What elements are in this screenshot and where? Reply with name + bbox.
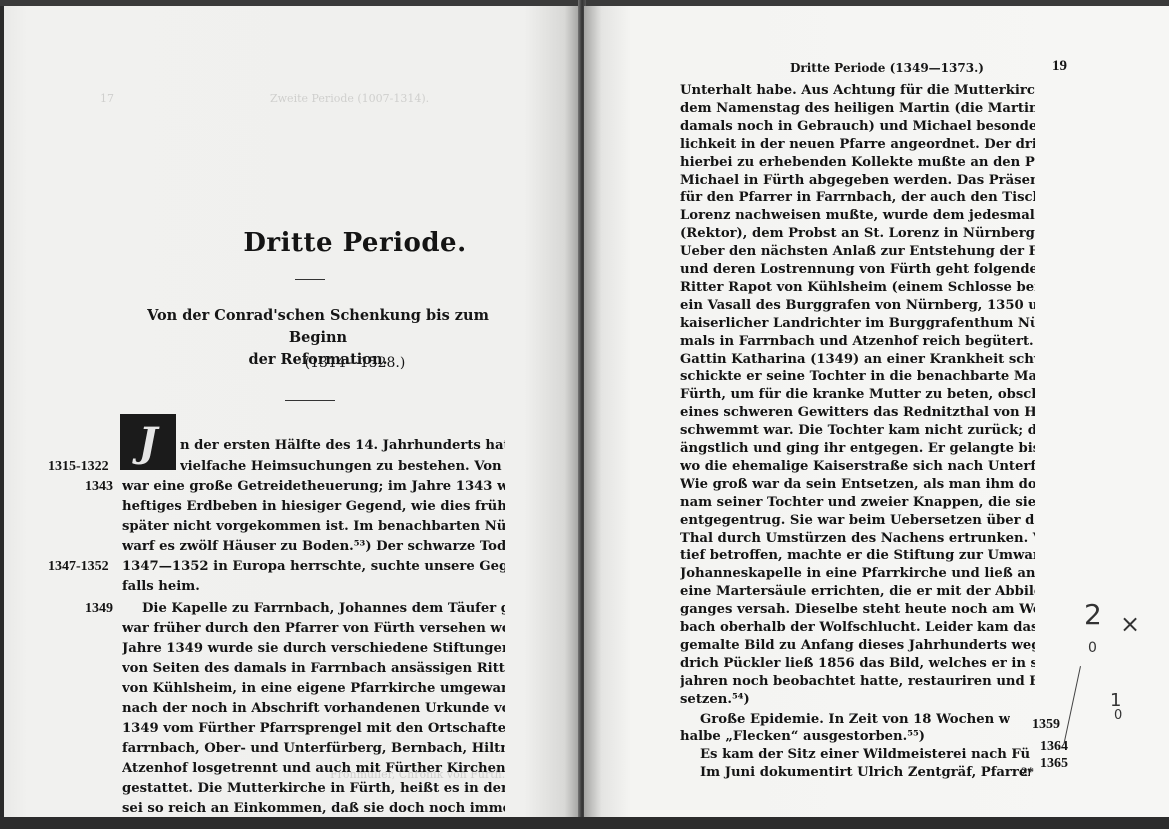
bleed-through-header: Zweite Periode (1007-1314). bbox=[270, 92, 429, 105]
year-range: (1314—1528.) bbox=[195, 355, 515, 371]
text-line: schickte er seine Tochter in die benachb… bbox=[680, 368, 1035, 386]
text-line: war früher durch den Pfarrer von Fürth v… bbox=[122, 619, 505, 639]
text-line: jahren noch beobachtet hatte, restaurire… bbox=[680, 673, 1035, 691]
scan-bottom-edge bbox=[0, 817, 1169, 829]
margin-note: 1347-1352 bbox=[48, 559, 109, 575]
text-line: hierbei zu erhebenden Kollekte mußte an … bbox=[680, 154, 1035, 172]
subtitle-line-1: Von der Conrad'schen Schenkung bis zum B… bbox=[118, 305, 518, 349]
text-line: ängstlich und ging ihr entgegen. Er gela… bbox=[680, 440, 1035, 458]
text-line: entgegentrug. Sie war beim Uebersetzen ü… bbox=[680, 512, 1035, 530]
text-line: tief betroffen, machte er die Stiftung z… bbox=[680, 547, 1035, 565]
open-book-scan: 17 Zweite Periode (1007-1314). Fronmülle… bbox=[0, 0, 1169, 829]
handwritten-mark: 0 bbox=[1088, 640, 1097, 656]
margin-note: 1343 bbox=[85, 479, 113, 495]
text-line: Große Epidemie. In Zeit von 18 Wochen wa… bbox=[700, 711, 1010, 729]
text-line: nach der noch in Abschrift vorhandenen U… bbox=[122, 699, 505, 719]
text-line: Es kam der Sitz einer Wildmeisterei nach… bbox=[700, 746, 1030, 764]
text-line: und deren Lostrennung von Fürth geht fol… bbox=[680, 261, 1035, 279]
text-line: Atzenhof losgetrennt und auch mit Fürthe… bbox=[122, 759, 505, 779]
text-line: Gattin Katharina (1349) an einer Krankhe… bbox=[680, 351, 1035, 369]
text-line: sei so reich an Einkommen, daß sie doch … bbox=[122, 799, 505, 819]
text-line: von Seiten des damals in Farrnbach ansäs… bbox=[122, 659, 505, 679]
text-line: Wie groß war da sein Entsetzen, als man … bbox=[680, 476, 1035, 494]
section-rule bbox=[285, 400, 335, 401]
text-line: Jahre 1349 wurde sie durch verschiedene … bbox=[122, 639, 505, 659]
handwritten-mark: 0 bbox=[1114, 708, 1122, 723]
margin-note: 1315-1322 bbox=[48, 459, 109, 475]
text-line: bach oberhalb der Wolfschlucht. Leider k… bbox=[680, 619, 1035, 637]
text-line: drich Pückler ließ 1856 das Bild, welche… bbox=[680, 655, 1035, 673]
text-line: heftiges Erdbeben in hiesiger Gegend, wi… bbox=[122, 497, 505, 517]
text-line: setzen.⁵⁴) bbox=[680, 691, 1035, 709]
text-line: Im Juni dokumentirt Ulrich Zentgräf, Pfa… bbox=[700, 764, 1030, 782]
chapter-title: Dritte Periode. bbox=[195, 228, 515, 258]
text-line: 1347—1352 in Europa herrschte, suchte un… bbox=[122, 557, 505, 577]
bleed-through-page-number: 17 bbox=[100, 92, 114, 105]
page-number: 19 bbox=[1052, 58, 1067, 75]
text-line: wo die ehemalige Kaiserstraße sich nach … bbox=[680, 458, 1035, 476]
margin-note: 1359 bbox=[1032, 717, 1060, 733]
margin-note: 1365 bbox=[1040, 756, 1068, 772]
text-line: ganges versah. Dieselbe steht heute noch… bbox=[680, 601, 1035, 619]
text-line: gestattet. Die Mutterkirche in Fürth, he… bbox=[122, 779, 505, 799]
margin-note: 1349 bbox=[85, 601, 113, 617]
text-line: vielfache Heimsuchungen zu bestehen. Von… bbox=[180, 457, 505, 477]
text-line: Ueber den nächsten Anlaß zur Entstehung … bbox=[680, 243, 1035, 261]
text-line: nam seiner Tochter und zweier Knappen, d… bbox=[680, 494, 1035, 512]
text-line: von Kühlsheim, in eine eigene Pfarrkirch… bbox=[122, 679, 505, 699]
text-line: Unterhalt habe. Aus Achtung für die Mutt… bbox=[680, 82, 1035, 100]
text-line: mals in Farrnbach und Atzenhof reich beg… bbox=[680, 333, 1035, 351]
text-line: kaiserlicher Landrichter im Burggrafenth… bbox=[680, 315, 1035, 333]
text-line: halbe „Flecken“ ausgestorben.⁵⁵) bbox=[680, 728, 1035, 746]
handwritten-x-mark: × bbox=[1120, 610, 1140, 638]
text-line: Die Kapelle zu Farrnbach, Johannes dem T… bbox=[142, 599, 505, 619]
title-rule bbox=[295, 279, 325, 280]
text-line: ein Vasall des Burggrafen von Nürnberg, … bbox=[680, 297, 1035, 315]
drop-cap-initial: J bbox=[120, 414, 176, 470]
text-line: war eine große Getreidetheuerung; im Jah… bbox=[122, 477, 505, 497]
text-line: eines schweren Gewitters das Rednitzthal… bbox=[680, 404, 1035, 422]
running-head: Dritte Periode (1349—1373.) bbox=[790, 61, 984, 75]
text-line: dem Namenstag des heiligen Martin (die M… bbox=[680, 100, 1035, 118]
text-line: eine Martersäule errichten, die er mit d… bbox=[680, 583, 1035, 601]
text-line: Thal durch Umstürzen des Nachens ertrunk… bbox=[680, 530, 1035, 548]
text-line: warf es zwölf Häuser zu Boden.⁵³) Der sc… bbox=[122, 537, 505, 557]
text-line: farrnbach, Ober- und Unterfürberg, Bernb… bbox=[122, 739, 505, 759]
text-line: 1349 vom Fürther Pfarrsprengel mit den O… bbox=[122, 719, 505, 739]
text-line: später nicht vorgekommen ist. Im benachb… bbox=[122, 517, 505, 537]
text-line: falls heim. bbox=[122, 577, 505, 597]
text-line: gemalte Bild zu Anfang dieses Jahrhunder… bbox=[680, 637, 1035, 655]
text-line: Fürth, um für die kranke Mutter zu beten… bbox=[680, 386, 1035, 404]
text-line: Michael in Fürth abgegeben werden. Das P… bbox=[680, 172, 1035, 190]
text-line: schwemmt war. Die Tochter kam nicht zurü… bbox=[680, 422, 1035, 440]
text-line: Ritter Rapot von Kühlsheim (einem Schlos… bbox=[680, 279, 1035, 297]
text-line: lichkeit in der neuen Pfarre angeordnet.… bbox=[680, 136, 1035, 154]
text-line: damals noch in Gebrauch) und Michael bes… bbox=[680, 118, 1035, 136]
text-line: (Rektor), dem Probst an St. Lorenz in Nü… bbox=[680, 225, 1035, 243]
text-line: Lorenz nachweisen mußte, wurde dem jedes… bbox=[680, 207, 1035, 225]
text-line: n der ersten Hälfte des 14. Jahrhunderts… bbox=[180, 436, 505, 456]
text-line: Johanneskapelle in eine Pfarrkirche und … bbox=[680, 565, 1035, 583]
text-line: für den Pfarrer in Farrnbach, der auch d… bbox=[680, 189, 1035, 207]
signature-mark: 2* bbox=[1021, 764, 1034, 780]
handwritten-mark: 2 bbox=[1084, 598, 1102, 631]
